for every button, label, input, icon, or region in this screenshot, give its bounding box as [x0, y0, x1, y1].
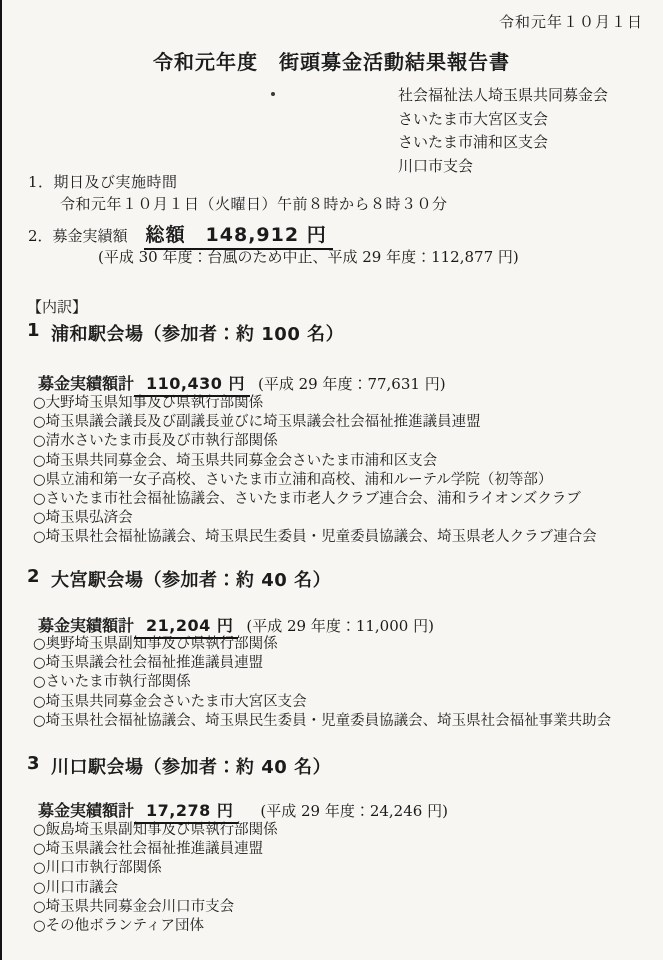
scanned-report-page: 令和元年１０月１日 令和元年度 街頭募金活動結果報告書 社会福祉法人埼玉県共同募… — [0, 0, 663, 960]
participant-item: ○埼玉県議会社会福祉推進議員連盟 — [33, 840, 278, 859]
venue-heading-kawaguchi: 3 川口駅会場（参加者：約 40 名） — [27, 753, 331, 779]
participant-item: ○その他ボランティア団体 — [33, 917, 278, 936]
participant-item: ○埼玉県共同募金会さいたま市大宮区支会 — [33, 693, 611, 712]
prior-year-note: (平成 29 年度：77,631 円) — [258, 373, 446, 394]
venue-heading-urawa: 1 浦和駅会場（参加者：約 100 名） — [27, 320, 344, 346]
participant-list-kawaguchi: ○飯島埼玉県副知事及び県執行部関係 ○埼玉県議会社会福祉推進議員連盟 ○川口市執… — [33, 821, 278, 936]
amount-label: 募金実績額計 — [38, 798, 134, 821]
participant-item: ○埼玉県議会社会福祉推進議員連盟 — [33, 654, 611, 673]
participant-item: ○埼玉県社会福祉協議会、埼玉県民生委員・児童委員協議会、埼玉県社会福祉事業共助会 — [33, 712, 611, 731]
venue-heading-omiya: 2 大宮駅会場（参加者：約 40 名） — [27, 566, 331, 592]
venue-number: 3 — [27, 753, 51, 779]
venue-title: 浦和駅会場（参加者：約 100 名） — [51, 320, 344, 346]
schedule-datetime: 令和元年１０月１日（火曜日）午前８時から８時３０分 — [60, 193, 448, 214]
participant-item: ○埼玉県弘済会 — [33, 509, 597, 528]
participant-item: ○川口市執行部関係 — [33, 859, 278, 878]
ink-dot-artifact — [271, 92, 275, 96]
venue-number: 1 — [27, 320, 51, 346]
participant-item: ○清水さいたま市長及び市執行部関係 — [33, 432, 597, 451]
venue-title: 大宮駅会場（参加者：約 40 名） — [51, 566, 331, 592]
participant-item: ○埼玉県共同募金会川口市支会 — [33, 898, 278, 917]
venue-title: 川口駅会場（参加者：約 40 名） — [51, 753, 331, 779]
venue-number: 2 — [27, 566, 51, 592]
total-prior-year-note: (平成 30 年度：台風のため中止、平成 29 年度：112,877 円) — [98, 246, 519, 267]
organization-line: 社会福祉法人埼玉県共同募金会 — [398, 84, 608, 108]
participant-list-urawa: ○大野埼玉県知事及び県執行部関係 ○埼玉県議会議長及び副議長並びに埼玉県議会社会… — [33, 394, 597, 548]
participant-item: ○さいたま市執行部関係 — [33, 673, 611, 692]
total-heading: 2．募金実績額 — [28, 225, 128, 246]
schedule-heading: 1．期日及び実施時間 — [28, 171, 178, 192]
issuing-organizations: 社会福祉法人埼玉県共同募金会 さいたま市大宮区支会 さいたま市浦和区支会 川口市… — [398, 84, 608, 178]
participant-item: ○埼玉県議会議長及び副議長並びに埼玉県議会社会福祉推進議員連盟 — [33, 413, 597, 432]
participant-item: ○埼玉県共同募金会、埼玉県共同募金会さいたま市浦和区支会 — [33, 452, 597, 471]
scan-edge-artifact — [0, 0, 2, 960]
participant-list-omiya: ○奥野埼玉県副知事及び県執行部関係 ○埼玉県議会社会福祉推進議員連盟 ○さいたま… — [33, 635, 611, 731]
participant-item: ○さいたま市社会福祉協議会、さいたま市老人クラブ連合会、浦和ライオンズクラブ — [33, 490, 597, 509]
organization-line: 川口市支会 — [398, 155, 608, 179]
participant-item: ○大野埼玉県知事及び県執行部関係 — [33, 394, 597, 413]
participant-item: ○県立浦和第一女子高校、さいたま市立浦和高校、浦和ルーテル学院（初等部） — [33, 471, 597, 490]
participant-item: ○飯島埼玉県副知事及び県執行部関係 — [33, 821, 278, 840]
prior-year-note: (平成 29 年度：11,000 円) — [246, 615, 434, 636]
organization-line: さいたま市大宮区支会 — [398, 108, 608, 132]
organization-line: さいたま市浦和区支会 — [398, 131, 608, 155]
amount-label: 募金実績額計 — [38, 613, 134, 636]
breakdown-label: 【内訳】 — [27, 296, 87, 317]
participant-item: ○川口市議会 — [33, 879, 278, 898]
document-date: 令和元年１０月１日 — [499, 11, 643, 32]
participant-item: ○埼玉県社会福祉協議会、埼玉県民生委員・児童委員協議会、埼玉県老人クラブ連合会 — [33, 528, 597, 547]
prior-year-note: (平成 29 年度：24,246 円) — [260, 800, 448, 821]
document-title: 令和元年度 街頭募金活動結果報告書 — [0, 46, 663, 75]
participant-item: ○奥野埼玉県副知事及び県執行部関係 — [33, 635, 611, 654]
amount-label: 募金実績額計 — [38, 371, 134, 394]
